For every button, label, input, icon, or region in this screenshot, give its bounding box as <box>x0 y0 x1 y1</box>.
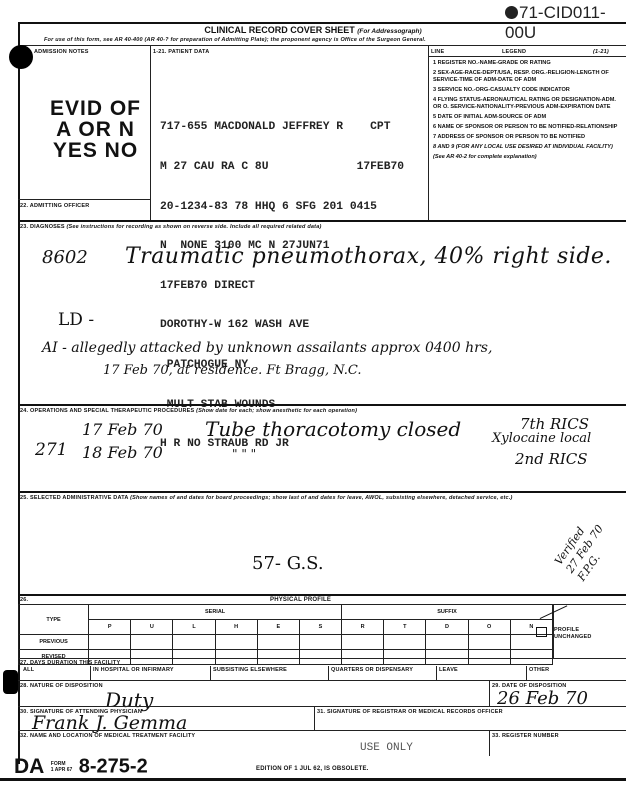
punch-hole <box>3 670 18 694</box>
profile-col-header: T <box>384 620 426 635</box>
profile-cell[interactable] <box>215 635 257 650</box>
physical-profile-table: TYPE SERIAL SUFFIX PULHESRTDON PREVIOUS … <box>18 604 553 665</box>
profile-cell[interactable] <box>299 650 341 665</box>
profile-col-header: H <box>215 620 257 635</box>
profile-cell[interactable] <box>257 650 299 665</box>
registrar-signature-label: 31. SIGNATURE OF REGISTRAR OR MEDICAL RE… <box>317 709 503 715</box>
admin-data-label: 25. SELECTED ADMINISTRATIVE DATA (Show n… <box>20 495 610 502</box>
profile-cell[interactable] <box>384 650 426 665</box>
legend-range: (1-21) <box>593 49 609 55</box>
profile-col-header: P <box>89 620 131 635</box>
profile-cell[interactable] <box>131 635 173 650</box>
profile-col-header: D <box>426 620 468 635</box>
form-title: CLINICAL RECORD COVER SHEET (For Address… <box>0 25 626 35</box>
profile-cell[interactable] <box>173 650 215 665</box>
ai-note-line2: 17 Feb 70, at residence. Ft Bragg, N.C. <box>103 363 362 378</box>
ld-note: LD - <box>58 310 94 330</box>
patient-data-label: 1-21. PATIENT DATA <box>153 49 209 55</box>
operation-procedure-1: Tube thoracotomy closed <box>205 417 461 441</box>
facility-label: 32. NAME AND LOCATION OF MEDICAL TREATME… <box>20 733 195 739</box>
profile-col-header: E <box>257 620 299 635</box>
duration-col: IN HOSPITAL OR INFIRMARY <box>93 667 183 673</box>
ai-note-line1: AI - allegedly attacked by unknown assai… <box>42 340 492 356</box>
profile-unchanged-checkbox[interactable] <box>536 627 547 637</box>
form-instructions: For use of this form, see AR 40-400 (AR … <box>44 37 426 43</box>
evidence-stamp: EVID OF A OR N YES NO <box>50 98 141 161</box>
operation-anesthetic-1: Xylocaine local <box>492 431 591 446</box>
form-footer: DA FORM 1 APR 67 8-275-2 <box>14 755 148 779</box>
profile-cell[interactable] <box>426 650 468 665</box>
operation-date-2: 18 Feb 70 <box>82 443 163 462</box>
disposition-label: 28. NATURE OF DISPOSITION <box>20 683 103 689</box>
suffix-header: SUFFIX <box>342 605 553 620</box>
profile-unchanged-label: PROFILE UNCHANGED <box>554 627 614 641</box>
duration-col: LEAVE <box>439 667 529 673</box>
legend-label: LEGEND <box>502 49 526 55</box>
diagnosis-text: Traumatic pneumothorax, 40% right side. <box>125 244 612 269</box>
operations-label: 24. OPERATIONS AND SPECIAL THERAPEUTIC P… <box>20 408 357 414</box>
legend-line-label: LINE <box>431 49 444 55</box>
profile-cell[interactable] <box>342 635 384 650</box>
register-number-label: 33. REGISTER NUMBER <box>492 733 559 739</box>
profile-title: PHYSICAL PROFILE <box>270 597 331 603</box>
profile-cell[interactable] <box>89 635 131 650</box>
profile-cell[interactable] <box>384 635 426 650</box>
id-circle-icon <box>505 6 518 19</box>
profile-col-header: S <box>299 620 341 635</box>
duration-label: 27. DAYS DURATION THIS FACILITY <box>20 660 120 666</box>
verified-margin-note: Verified 27 Feb 70 F.P.G. <box>552 514 618 584</box>
duration-col: QUARTERS OR DISPENSARY <box>331 667 421 673</box>
profile-cell[interactable] <box>131 650 173 665</box>
profile-col-header: O <box>468 620 510 635</box>
profile-cell[interactable] <box>299 635 341 650</box>
operation-code: 271 <box>35 440 67 460</box>
legend-list: 1 REGISTER NO.-NAME-GRADE OR RATING 2 SE… <box>433 60 621 164</box>
profile-cell[interactable] <box>173 635 215 650</box>
profile-cell[interactable] <box>468 650 510 665</box>
profile-cell[interactable] <box>342 650 384 665</box>
edition-note: EDITION OF 1 JUL 62, IS OBSOLETE. <box>256 766 369 772</box>
duration-col: OTHER <box>529 667 619 673</box>
row-label-previous: PREVIOUS <box>19 635 89 650</box>
serial-header: SERIAL <box>89 605 342 620</box>
operation-procedure-2: " " " <box>232 447 256 461</box>
diagnoses-label: 23. DIAGNOSES (See instructions for reco… <box>20 224 321 230</box>
operation-detail-2: 2nd RICS <box>515 450 588 468</box>
profile-cell[interactable] <box>426 635 468 650</box>
facility-faint-text: USE ONLY <box>360 742 413 754</box>
profile-cell[interactable] <box>468 635 510 650</box>
profile-col-header: L <box>173 620 215 635</box>
operation-date-1: 17 Feb 70 <box>82 420 163 439</box>
profile-col-header: U <box>131 620 173 635</box>
type-header: TYPE <box>19 605 89 635</box>
profile-cell[interactable] <box>215 650 257 665</box>
duration-col: SUBSISTING ELSEWHERE <box>213 667 303 673</box>
diagnosis-code: 8602 <box>42 247 88 268</box>
punch-hole <box>9 45 33 69</box>
admitting-officer-label: 22. ADMITTING OFFICER <box>20 203 89 209</box>
profile-cell[interactable] <box>510 650 552 665</box>
profile-number-label: 26. <box>20 597 28 603</box>
admission-notes-label: ADMISSION NOTES <box>34 49 89 55</box>
profile-col-header: R <box>342 620 384 635</box>
profile-cell[interactable] <box>257 635 299 650</box>
admin-data-value: 57- G.S. <box>252 553 324 574</box>
